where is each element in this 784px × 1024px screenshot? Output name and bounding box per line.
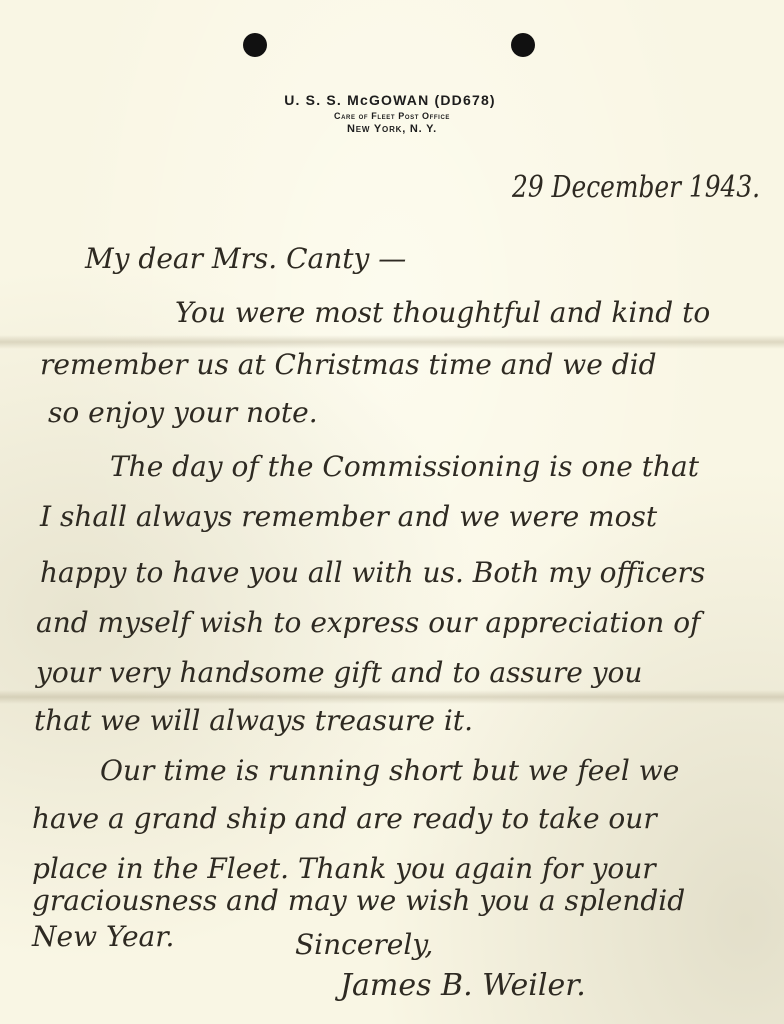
letter-line: your very handsome gift and to assure yo… [36,656,642,689]
letter-line: so enjoy your note. [48,396,318,429]
paper-fold-line [0,335,784,349]
letter-line: New Year. [32,920,174,953]
punch-hole-icon [511,33,535,57]
letter-line: that we will always treasure it. [34,704,473,737]
letterhead-ship-name: U. S. S. McGOWAN (DD678) [0,92,784,108]
letter-line: place in the Fleet. Thank you again for … [32,852,656,885]
letter-line: remember us at Christmas time and we did [40,348,657,381]
letter-line: You were most thoughtful and kind to [175,296,710,329]
letter-line: I shall always remember and we were most [40,500,657,533]
letterhead-city: New York, N. Y. [0,123,784,135]
letter-line: happy to have you all with us. Both my o… [40,556,705,589]
letterhead: U. S. S. McGOWAN (DD678) Care of Fleet P… [0,92,784,135]
punch-hole-icon [243,33,267,57]
letter-salutation: My dear Mrs. Canty — [85,242,406,275]
letter-line: graciousness and may we wish you a splen… [32,884,685,917]
letter-line: have a grand ship and are ready to take … [32,802,657,835]
letter-line: and myself wish to express our appreciat… [36,606,700,639]
letter-signature: James B. Weiler. [340,968,586,1003]
paper-fold-line [0,690,784,704]
letterhead-care-of: Care of Fleet Post Office [0,111,784,121]
letter-closing: Sincerely, [295,928,433,961]
letter-date: 29 December 1943. [512,170,760,205]
letter-line: The day of the Commissioning is one that [110,450,699,483]
letter-line: Our time is running short but we feel we [100,754,679,787]
